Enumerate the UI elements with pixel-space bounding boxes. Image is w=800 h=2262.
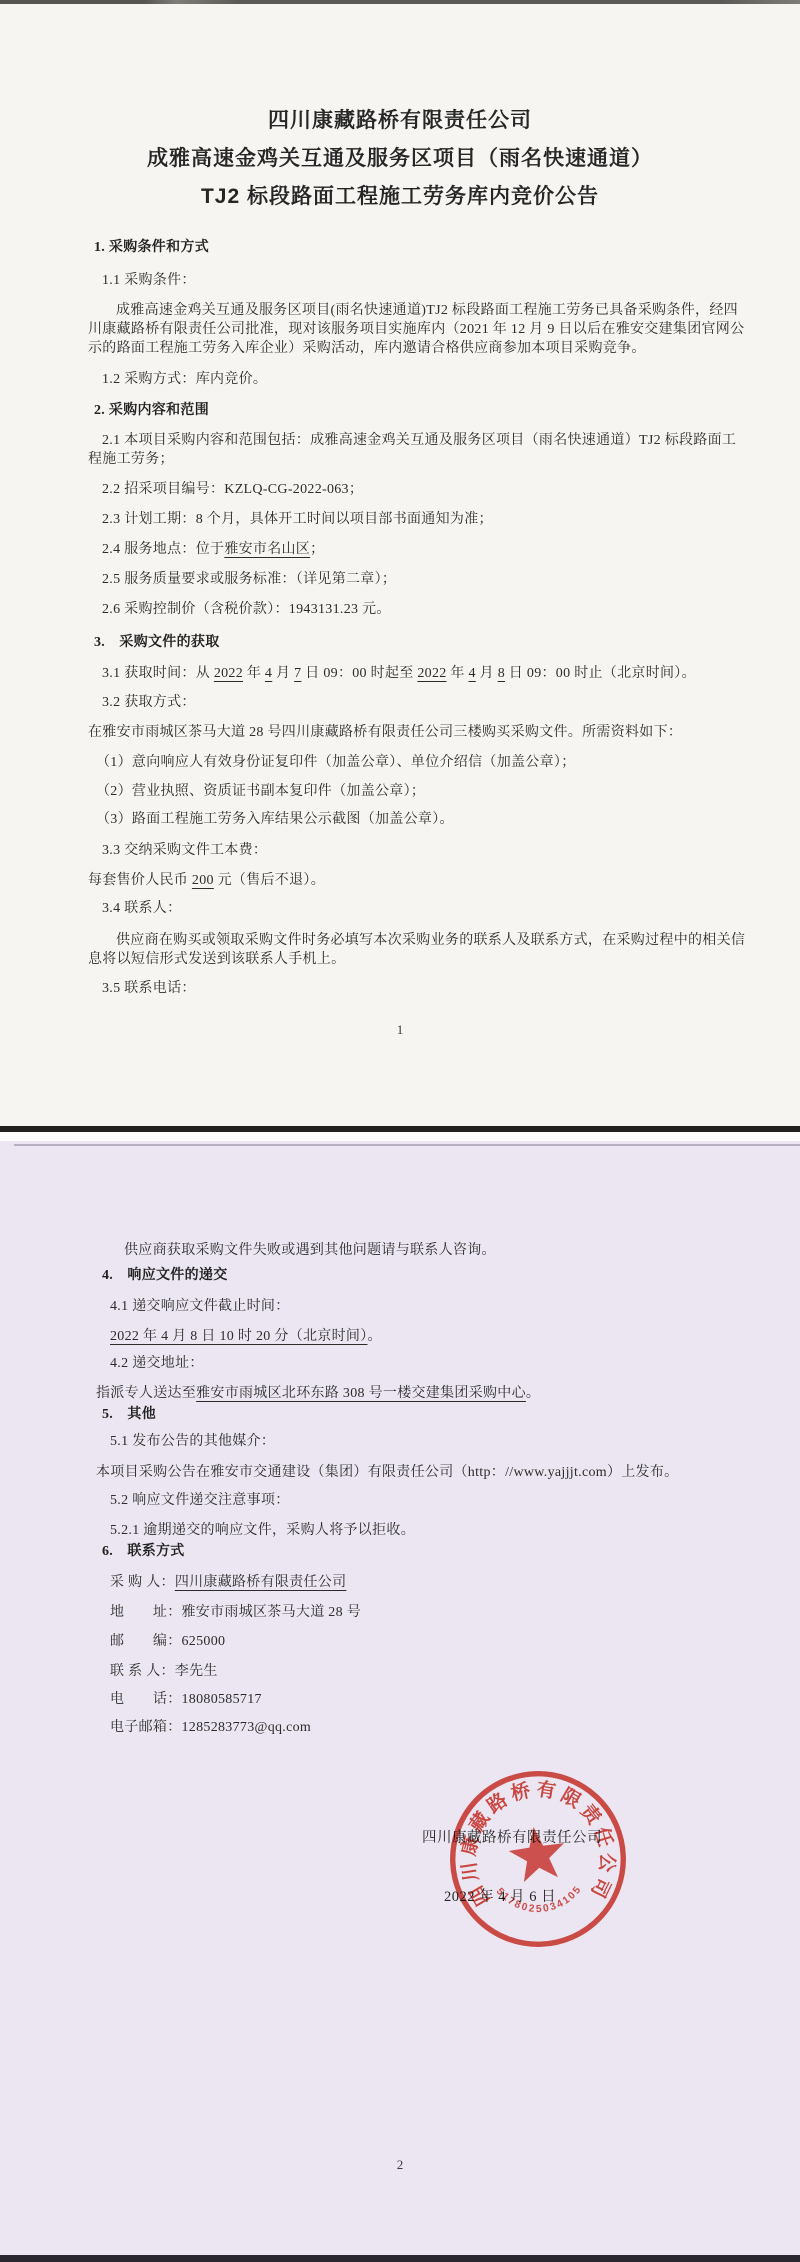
section-heading-6: 6. 联系方式 [102, 1542, 750, 1561]
paragraph-1-1: 成雅高速金鸡关互通及服务区项目(雨名快速通道)TJ2 标段路面工程施工劳务已具备… [88, 301, 750, 358]
paragraph-3-4: 供应商在购买或领取采购文件时务必填写本次采购业务的联系人及联系方式，在采购过程中… [88, 931, 750, 969]
contact-zip: 邮 编：625000 [96, 1632, 750, 1651]
section-heading-4: 4. 响应文件的递交 [102, 1266, 750, 1285]
doc-title-line-1: 四川康藏路桥有限责任公司 [0, 102, 800, 140]
doc-title-line-2: 成雅高速金鸡关互通及服务区项目（雨名快速通道） [0, 140, 800, 178]
clause-4-1-deadline: 2022 年 4 月 8 日 10 时 20 分（北京时间）。 [96, 1327, 750, 1346]
clause-3-3: 3.3 交纳采购文件工本费： [88, 841, 750, 860]
section-heading-1: 1. 采购条件和方式 [94, 238, 750, 257]
list-item-1: （1）意向响应人有效身份证复印件（加盖公章）、单位介绍信（加盖公章）； [96, 753, 750, 772]
svg-text:5178025034105: 5178025034105 [494, 1883, 586, 1916]
paragraph-3-2: 在雅安市雨城区茶马大道 28 号四川康藏路桥有限责任公司三楼购买采购文件。所需资… [88, 723, 750, 742]
contact-phone: 电 话：18080585717 [96, 1690, 750, 1709]
section-heading-2: 2. 采购内容和范围 [94, 401, 750, 420]
page-number-1: 1 [0, 1022, 800, 1038]
contact-buyer: 采 购 人：四川康藏路桥有限责任公司 [96, 1573, 750, 1592]
paragraph-3-3: 每套售价人民币 200 元（售后不退）。 [88, 871, 750, 890]
contact-email: 电子邮箱：1285283773@qq.com [96, 1718, 750, 1737]
contact-address: 地 址：雅安市雨城区茶马大道 28 号 [96, 1603, 750, 1622]
clause-5-1: 5.1 发布公告的其他媒介： [96, 1432, 750, 1451]
seal-star-icon [506, 1823, 569, 1883]
list-item-2: （2）营业执照、资质证书副本复印件（加盖公章）； [96, 782, 750, 801]
list-item-3: （3）路面工程施工劳务入库结果公示截图（加盖公章）。 [96, 810, 750, 829]
clause-2-2: 2.2 招采项目编号：KZLQ-CG-2022-063； [88, 480, 750, 499]
document-header: 四川康藏路桥有限责任公司 成雅高速金鸡关互通及服务区项目（雨名快速通道） TJ2… [0, 0, 800, 216]
clause-1-2: 1.2 采购方式：库内竞价。 [88, 370, 750, 389]
doc-title-line-3: TJ2 标段路面工程施工劳务库内竞价公告 [0, 178, 800, 216]
page-1-body: 1. 采购条件和方式 1.1 采购条件： 成雅高速金鸡关互通及服务区项目(雨名快… [0, 238, 800, 998]
clause-3-1: 3.1 获取时间：从 2022 年 4 月 7 日 09：00 时起至 2022… [88, 664, 750, 683]
scanned-document: 四川康藏路桥有限责任公司 成雅高速金鸡关互通及服务区项目（雨名快速通道） TJ2… [0, 0, 800, 2262]
company-seal: 四川康藏路桥有限责任公司 5178025034105 [437, 1758, 640, 1961]
clause-3-2: 3.2 获取方式： [88, 693, 750, 712]
clause-4-2: 4.2 递交地址： [96, 1354, 750, 1373]
paragraph-intro: 供应商获取采购文件失败或遇到其他问题请与联系人咨询。 [96, 1241, 750, 1260]
clause-3-5: 3.5 联系电话： [88, 979, 750, 998]
clause-4-1: 4.1 递交响应文件截止时间： [96, 1297, 750, 1316]
clause-2-6: 2.6 采购控制价（含税价款）：1943131.23 元。 [88, 600, 750, 619]
clause-2-1: 2.1 本项目采购内容和范围包括：成雅高速金鸡关互通及服务区项目（雨名快速通道）… [88, 431, 750, 469]
paragraph-5-1: 本项目采购公告在雅安市交通建设（集团）有限责任公司（http：//www.yaj… [96, 1463, 750, 1482]
clause-5-2: 5.2 响应文件递交注意事项： [96, 1491, 750, 1510]
clause-4-2-address: 指派专人送达至雅安市雨城区北环东路 308 号一楼交建集团采购中心。 [96, 1384, 750, 1403]
section-heading-5: 5. 其他 [102, 1405, 750, 1424]
seal-serial-number: 5178025034105 [494, 1883, 586, 1916]
clause-3-4: 3.4 联系人： [88, 899, 750, 918]
contact-person: 联 系 人：李先生 [96, 1662, 750, 1681]
clause-5-2-1: 5.2.1 逾期递交的响应文件，采购人将予以拒收。 [96, 1521, 750, 1540]
clause-2-4: 2.4 服务地点：位于雅安市名山区； [88, 540, 750, 559]
page-number-2: 2 [0, 2157, 800, 2173]
page-2: 供应商获取采购文件失败或遇到其他问题请与联系人咨询。 4. 响应文件的递交 4.… [0, 1141, 800, 2262]
clause-1-1: 1.1 采购条件： [88, 271, 750, 290]
page-1: 四川康藏路桥有限责任公司 成雅高速金鸡关互通及服务区项目（雨名快速通道） TJ2… [0, 0, 800, 1132]
section-heading-3: 3. 采购文件的获取 [94, 633, 750, 652]
page-2-body: 供应商获取采购文件失败或遇到其他问题请与联系人咨询。 4. 响应文件的递交 4.… [0, 1141, 800, 1737]
clause-2-3: 2.3 计划工期：8 个月，具体开工时间以项目部书面通知为准； [88, 510, 750, 529]
clause-2-5: 2.5 服务质量要求或服务标准：（详见第二章）； [88, 570, 750, 589]
